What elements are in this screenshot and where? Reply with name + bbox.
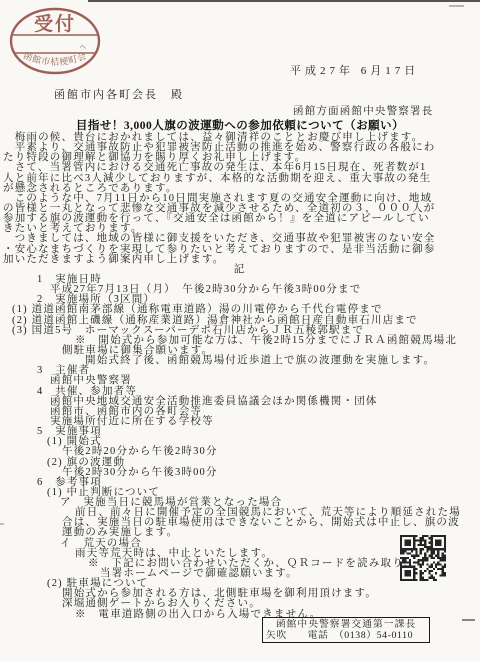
stamp-band-mark: ヘ xyxy=(80,43,87,51)
svg-text:函館市桔梗町会: 函館市桔梗町会 xyxy=(22,49,88,67)
qr-code xyxy=(400,535,446,581)
doc-line: 実施場所付近に所在する学校等 xyxy=(50,417,480,427)
receipt-stamp: 受付 ヘ 函館市桔梗町会 xyxy=(7,6,103,76)
contact-title: 函館中央警察署交通第一課長 xyxy=(266,619,426,630)
stamp-band xyxy=(7,35,103,53)
scan-artifact-top-edge xyxy=(88,0,480,2)
sender-line: 函館方面函館中央警察署長 xyxy=(293,103,433,118)
qr-modules xyxy=(400,535,446,581)
doc-line: 開始式終了後、函館競馬場付近歩道上で旗の波運動を実施します。 xyxy=(85,356,480,366)
document-date: 平成27年 6月17日 xyxy=(290,62,419,78)
stamp-top-text: 受付 xyxy=(34,12,76,35)
scanned-document-page: 受付 ヘ 函館市桔梗町会 平成27年 6月17日 函館市内各町会長 殿 函館方面… xyxy=(0,0,480,661)
stamp-org-text: 函館市桔梗町会 xyxy=(22,49,88,67)
addressee-line: 函館市内各町会長 殿 xyxy=(54,86,184,102)
contact-phone: 矢吹 電話 （0138）54-0110 xyxy=(266,630,426,641)
doc-line: 午後2時30分から午後3時00分 xyxy=(62,468,480,478)
scan-artifact-dash xyxy=(449,5,464,7)
doc-line: 函館中央警察署 xyxy=(50,376,480,386)
doc-line: (1) 道道函館南茅部線（通称電車道路）湯の川電停から千代台電停まで xyxy=(12,305,480,315)
doc-line: 午後2時20分から午後2時30分 xyxy=(62,447,480,457)
contact-box: 函館中央警察署交通第一課長 矢吹 電話 （0138）54-0110 xyxy=(262,617,430,643)
doc-line: 5 実施事項 xyxy=(37,427,480,437)
